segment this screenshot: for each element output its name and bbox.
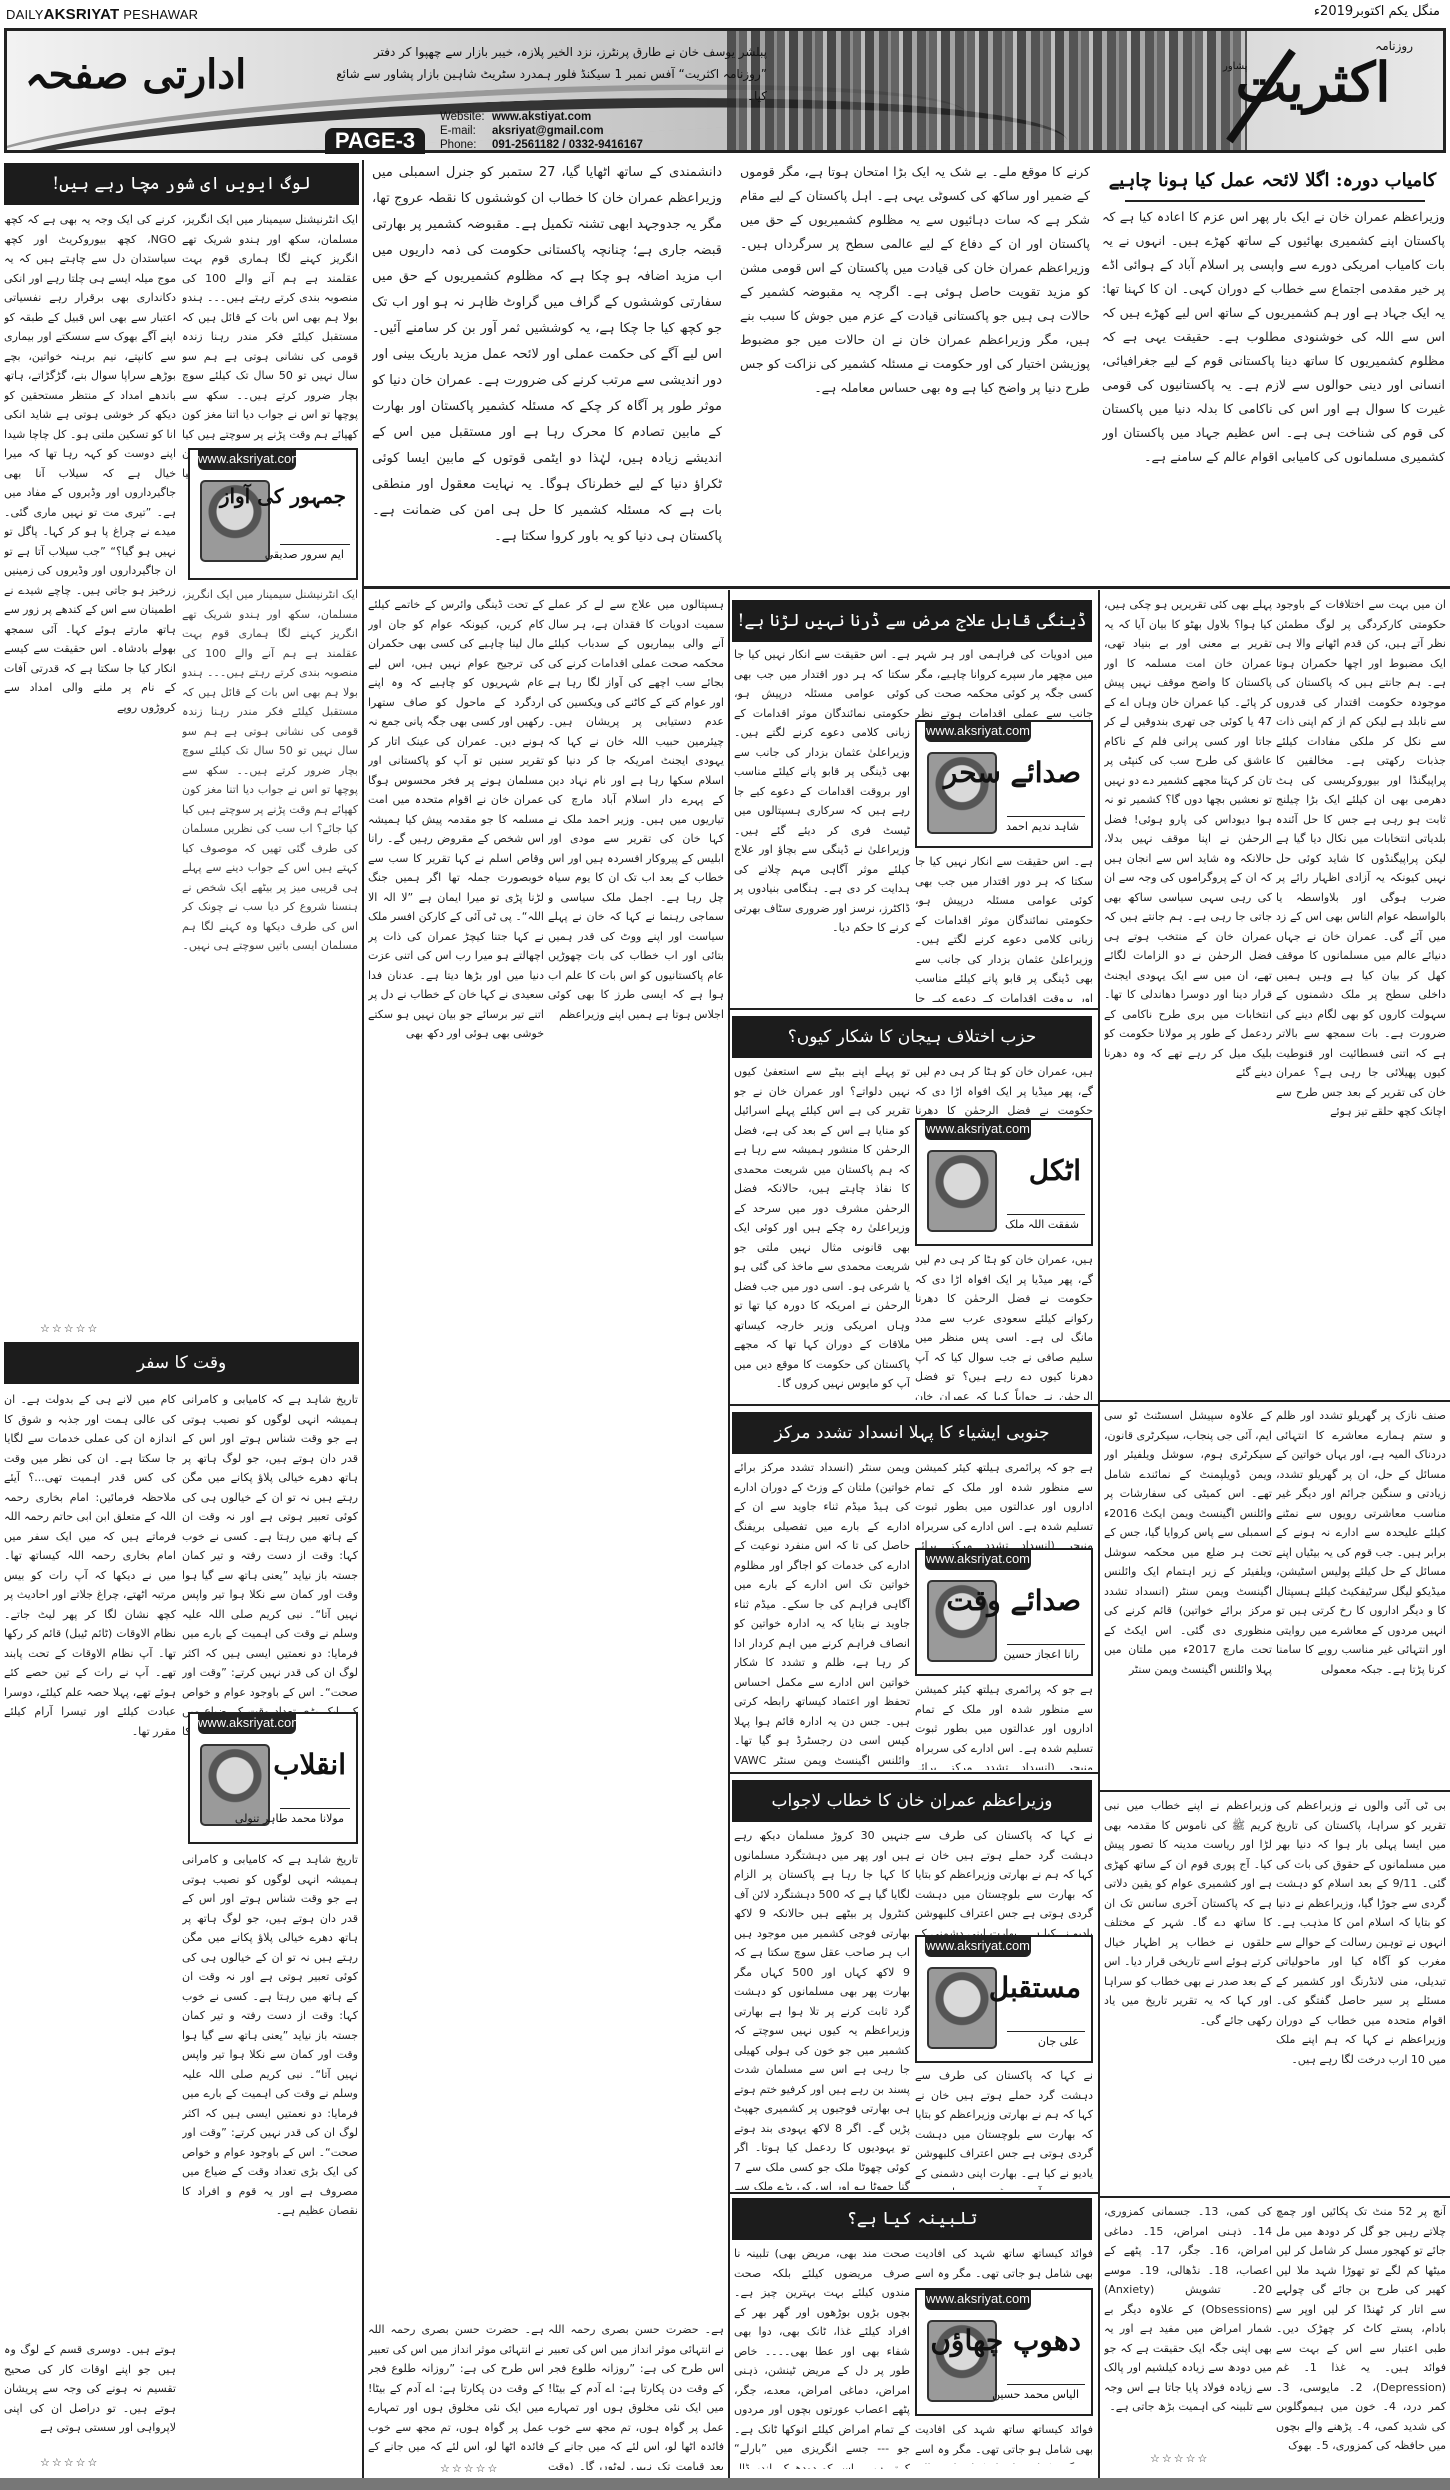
- publisher-line-2: ”روزنامہ اکثریت“ آفس نمبر 1 سیکنڈ فلور ہ…: [317, 63, 767, 107]
- column-text: ہیں، عمران خان کو ہٹا کر ہی دم لیں گے، پ…: [915, 1062, 1093, 1122]
- column-name: اٹکل: [1029, 1154, 1081, 1187]
- column-text: ہے جو کہ پرائمری ہیلتھ کیئر کمیشن سے منظ…: [915, 1458, 1093, 1558]
- author-box: www.aksriyat.com دھوپ چھاؤں الیاس محمد ح…: [915, 2288, 1093, 2416]
- column-text: ہسپتالوں میں علاج سے لے کر عملے سمیت ادو…: [548, 595, 724, 2315]
- contact-info: Website:www.akstiyat.com E-mail:aksriyat…: [440, 110, 643, 152]
- website-link[interactable]: www.akstiyat.com: [492, 111, 591, 123]
- column-name: انقلاب: [273, 1748, 346, 1781]
- column-text: جنہیں 30 کروڑ مسلمان دیکھ رہے ہیں اور پھ…: [734, 1826, 910, 2190]
- author-box: www.aksriyat.com انقلاب مولانا محمد طاہر…: [188, 1712, 358, 1844]
- column-text: کرنے کی ایک وجہ یہ بھی ہے کہ کچھ NGO، کچ…: [4, 210, 176, 1310]
- column-title-bar: تلبینہ کیا ہے؟: [732, 2198, 1092, 2240]
- author-box: www.aksriyat.com اٹکل شفقت اللہ ملک: [915, 1118, 1093, 1246]
- page-number-badge: PAGE-3: [325, 128, 425, 154]
- section-divider: [1098, 1790, 1450, 1792]
- column-text: ہے جو کہ پرائمری ہیلتھ کیئر کمیشن سے منظ…: [915, 1680, 1093, 1770]
- bookshelf-image: [727, 31, 1247, 151]
- column-text: ہے۔ اس حقیقت سے انکار نہیں کیا جا سکتا ک…: [915, 852, 1093, 1002]
- footer-bar: [0, 2478, 1450, 2490]
- author-photo: [927, 1150, 997, 1232]
- phone-number: 091-2561182 / 0332-9416167: [492, 139, 643, 151]
- divider: [1007, 1214, 1085, 1215]
- column-title-bar: لوگ ایویں ای شور مچا رہے ہیں!: [4, 163, 359, 205]
- column-text: کام میں لانے ہی کے بدولت ہے۔ ان کی عالی …: [4, 1390, 176, 2340]
- column-text: وزیراعظم نے اپنے خطاب میں نبی کریم ﷺ کی …: [1104, 1796, 1272, 2196]
- section-divider: [1098, 1400, 1450, 1402]
- author-name: مولانا محمد طاہر تنولی: [235, 1812, 344, 1825]
- column-text: ہوتے ہیں۔ دوسری قسم کے لوگ وہ ہیں جو اپن…: [4, 2340, 176, 2450]
- author-name: علی جان: [1038, 2035, 1079, 2048]
- headline-underline: [1125, 200, 1425, 202]
- column-divider: [1098, 590, 1100, 2478]
- end-stars: ☆☆☆☆☆: [40, 2456, 99, 2469]
- author-box: www.aksriyat.com جمہور کی آواز ایم سرور …: [188, 448, 358, 580]
- column-name: جمہور کی آواز: [220, 484, 346, 508]
- section-divider: [728, 1772, 1098, 1774]
- brand-prefix: DAILY: [6, 7, 44, 22]
- site-label: www.aksriyat.com: [198, 1712, 296, 1734]
- site-label: www.aksriyat.com: [925, 1935, 1031, 1957]
- publisher-info: پبلشر یوسف خان نے طارق پرنٹرز، نزد الخیر…: [317, 41, 767, 107]
- divider: [1007, 816, 1085, 817]
- end-stars: ☆☆☆☆☆: [40, 1322, 99, 1335]
- site-label: www.aksriyat.com: [925, 1118, 1031, 1140]
- site-label: www.aksriyat.com: [925, 1548, 1031, 1570]
- column-text: پہلے بھی کئی تقریریں ہو چکی ہیں، کیا ہوا…: [1104, 595, 1272, 1385]
- column-text: تاریخ شاہد ہے کہ کامیابی و کامرانی ہمیشہ…: [182, 1850, 358, 2450]
- brand-name: AKSRIYAT: [44, 6, 120, 23]
- author-name: شاہد ندیم احمد: [1006, 820, 1079, 833]
- masthead-banner: روزنامہ پشاور اکثریت ادارتی صفحہ پبلشر ی…: [4, 28, 1446, 153]
- section-divider: [728, 1404, 1098, 1406]
- author-name: شفقت اللہ ملک: [1005, 1218, 1079, 1231]
- column-name: دھوپ چھاؤں: [930, 2324, 1081, 2357]
- editorial-text-left: دانشمندی کے ساتھ اٹھایا گیا، 27 ستمبر کو…: [372, 160, 722, 585]
- column-text: تو پہلے اپنے بیٹے سے استعفیٰ کیوں نہیں د…: [734, 1062, 910, 1400]
- issue-date: منگل یکم اکتوبر2019ء: [1314, 4, 1440, 19]
- author-photo: [927, 1967, 997, 2049]
- phone-label: Phone:: [440, 138, 492, 152]
- masthead-city: پشاور: [1223, 61, 1247, 72]
- column-text: نے کہا کہ پاکستان کی طرف سے دہشت گرد حمل…: [915, 2066, 1093, 2190]
- column-text: ہے۔ حضرت حسن بصری رحمہ اللہ نے انتہائی م…: [548, 2320, 724, 2470]
- column-text: فوائد کیساتھ ساتھ شہد کی افادیت بھی شامل…: [915, 2244, 1093, 2286]
- author-name: الیاس محمد حسین: [992, 2388, 1079, 2401]
- divider: [1007, 1644, 1085, 1645]
- column-text: ہے۔ حضرت حسن بصری رحمہ اللہ نے انتہائی م…: [368, 2320, 544, 2460]
- column-title-bar: ڈینگی قابل علاج مرض سے ڈرنا نہیں لڑنا ہے…: [732, 600, 1092, 642]
- column-text: صنف نازک پر گھریلو تشدد اور ظلم و ستم ہم…: [1276, 1406, 1446, 1786]
- editorial-text-right: وزیراعظم عمران خان نے ایک بار پھر اس عزم…: [1102, 205, 1445, 585]
- editorial-page-label: ادارتی صفحہ: [25, 51, 246, 98]
- column-text: بی ٹی آئی والوں نے وزیراعظم کی تقریر کو …: [1276, 1796, 1446, 2196]
- column-divider: [728, 590, 730, 2478]
- column-text: ایک انٹرنیشنل سیمینار میں ایک انگریز، مس…: [182, 585, 358, 1310]
- brand-suffix: PESHAWAR: [123, 7, 198, 22]
- column-divider: [362, 160, 364, 2478]
- column-title-bar: جنوبی ایشیاء کا پہلا انسداد تشدد مرکز: [732, 1412, 1092, 1454]
- author-name: ایم سرور صدیقی: [265, 548, 344, 561]
- author-name: رانا اعجاز حسین: [1004, 1648, 1079, 1661]
- column-text: کے علاوہ سپیشل اسسٹنٹ ٹو سی ایم، آئی جی …: [1104, 1406, 1272, 1786]
- section-divider: [362, 586, 1450, 589]
- column-text: ویمن سنٹر (انسداد تشدد مرکز برائے خواتین…: [734, 1458, 910, 1770]
- column-title-bar: وزیراعظم عمران خان کا خطاب لاجواب: [732, 1780, 1092, 1822]
- brand-line: DAILYAKSRIYAT PESHAWAR: [6, 6, 198, 23]
- column-title-bar: وقت کا سفر: [4, 1342, 359, 1384]
- column-name: صدائے سحر: [944, 756, 1081, 789]
- website-label: Website:: [440, 110, 492, 124]
- column-text: ہیں، عمران خان کو ہٹا کر ہی دم لیں گے، پ…: [915, 1250, 1093, 1400]
- column-text: کے تحت ڈینگی وائرس کے خاتمے کیلئے کام کر…: [368, 595, 544, 2315]
- column-text: فوائد کیساتھ ساتھ شہد کی افادیت بھی شامل…: [915, 2420, 1093, 2464]
- column-text: ہے۔ اس حقیقت سے انکار نہیں کیا جا سکتا ک…: [734, 645, 910, 1002]
- column-text: کی کمی، 13۔ جسمانی کمزوری، 14۔ ذہنی امرا…: [1104, 2202, 1272, 2442]
- site-label: www.aksriyat.com: [925, 720, 1031, 742]
- section-divider: [1098, 2196, 1450, 2198]
- column-name: صدائے وقت: [946, 1584, 1081, 1617]
- masthead-logo: روزنامہ پشاور اکثریت: [1213, 39, 1413, 112]
- email-label: E-mail:: [440, 124, 492, 138]
- editorial-text-middle: کرنے کا موقع ملے۔ بے شک یہ ایک بڑا امتحا…: [740, 160, 1090, 585]
- end-stars: ☆☆☆☆☆: [1150, 2452, 1209, 2465]
- section-divider: [728, 1008, 1098, 1010]
- column-text: ان میں بہت سے اختلافات کے باوجود حکومتی …: [1276, 595, 1446, 1385]
- column-text: میں ادویات کی فراہمی اور ہر شہر میں مچھر…: [915, 645, 1093, 725]
- site-label: www.aksriyat.com: [925, 2288, 1031, 2310]
- column-text: آنچ پر 52 منٹ تک پکائیں اور چمچ چلاتے رہ…: [1276, 2202, 1446, 2464]
- author-box: www.aksriyat.com مستقبل علی جان: [915, 1935, 1093, 2063]
- section-divider: [728, 2192, 1098, 2194]
- author-box: www.aksriyat.com صدائے وقت رانا اعجاز حس…: [915, 1548, 1093, 1676]
- email-link[interactable]: aksriyat@gmail.com: [492, 125, 604, 137]
- divider: [280, 544, 350, 545]
- column-name: مستقبل: [989, 1971, 1081, 2004]
- editorial-headline: کامیاب دورہ: اگلا لائحہ عمل کیا ہونا چاہ…: [1100, 170, 1445, 191]
- publisher-line-1: پبلشر یوسف خان نے طارق پرنٹرز، نزد الخیر…: [317, 41, 767, 63]
- divider: [1007, 2384, 1085, 2385]
- author-box: www.aksriyat.com صدائے سحر شاہد ندیم احم…: [915, 720, 1093, 848]
- divider: [280, 1808, 350, 1809]
- column-text: صحت مند بھی، مریض بھی) تلبینہ نا صرف مری…: [734, 2244, 910, 2469]
- divider: [1007, 2031, 1085, 2032]
- site-label: www.aksriyat.com: [198, 448, 296, 470]
- column-text: نے کہا کہ پاکستان کی طرف سے دہشت گرد حمل…: [915, 1826, 1093, 1938]
- end-stars: ☆☆☆☆☆: [440, 2462, 499, 2475]
- column-title-bar: حزب اختلاف ہیجان کا شکار کیوں؟: [732, 1016, 1092, 1058]
